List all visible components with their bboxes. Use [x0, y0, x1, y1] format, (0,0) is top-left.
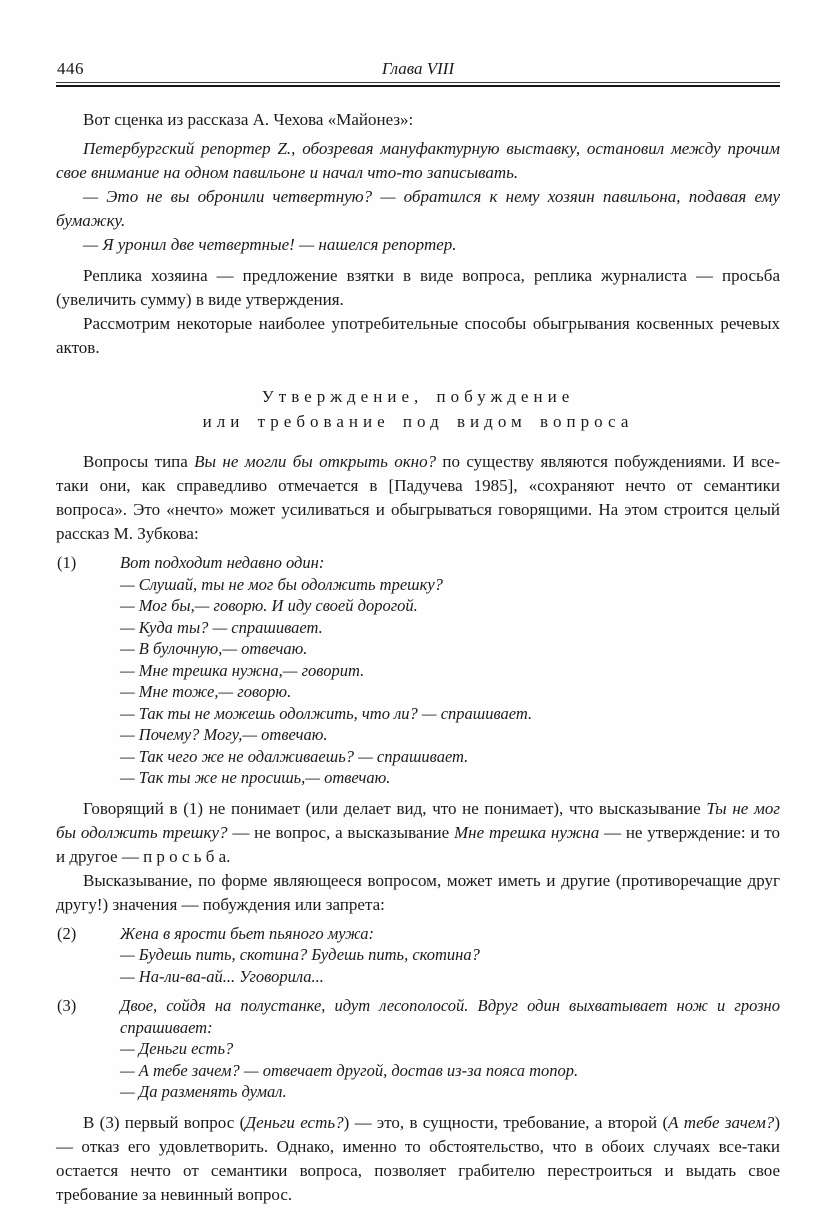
italic-text: Деньги есть? — [245, 1113, 343, 1132]
text-run: Вопросы типа — [83, 452, 194, 471]
italic-text: Мне трешка нужна — [454, 823, 599, 842]
example-line: — Будешь пить, скотина? Будешь пить, ско… — [120, 944, 780, 966]
italic-text: — Куда ты? — спрашивает. — [120, 618, 323, 637]
example-line: — На-ли-ва-ай... Уговорила... — [120, 966, 780, 988]
example-line: — В булочную,— отвечаю. — [120, 638, 780, 660]
italic-text: — Мог бы,— говорю. И иду своей дорогой. — [120, 596, 418, 615]
numbered-example: (2)Жена в ярости бьет пьяного мужа:— Буд… — [56, 923, 780, 988]
italic-text: Вы не могли бы открыть окно? — [194, 452, 436, 471]
text-run: Говорящий в (1) не понимает (или делает … — [83, 799, 706, 818]
italic-text: Двое, сойдя на полустанке, идут лесополо… — [120, 996, 780, 1037]
paragraph: Говорящий в (1) не понимает (или делает … — [56, 797, 780, 869]
italic-text: — Так чего же не одалживаешь? — спрашива… — [120, 747, 468, 766]
numbered-example: (1)Вот подходит недавно один:— Слушай, т… — [56, 552, 780, 789]
example-line: — Деньги есть? — [120, 1038, 780, 1060]
page-header: 446 Глава VIII — [56, 58, 780, 82]
paragraph: Реплика хозяина — предложение взятки в в… — [56, 264, 780, 312]
text-run: В (3) первый вопрос ( — [83, 1113, 245, 1132]
italic-text: — Мне тоже,— говорю. — [120, 682, 291, 701]
text-run: Высказывание, по форме являющееся вопрос… — [56, 871, 780, 914]
example-number: (2) — [57, 923, 76, 945]
quote-paragraph: Петербургский репортер Z., обозревая ман… — [56, 137, 780, 185]
italic-text: — На-ли-ва-ай... Уговорила... — [120, 967, 324, 986]
italic-text: А тебе зачем? — [668, 1113, 774, 1132]
example-line: — Мог бы,— говорю. И иду своей дорогой. — [120, 595, 780, 617]
italic-text: — Будешь пить, скотина? Будешь пить, ско… — [120, 945, 480, 964]
text-run: Реплика хозяина — предложение взятки в в… — [56, 266, 780, 309]
example-line: Двое, сойдя на полустанке, идут лесополо… — [120, 995, 780, 1038]
text-run: Вот сценка из рассказа А. Чехова «Майоне… — [83, 110, 413, 129]
section-heading: Утверждение, побуждениеили требование по… — [56, 384, 780, 434]
example-line: — А тебе зачем? — отвечает другой, доста… — [120, 1060, 780, 1082]
header-rule — [56, 82, 780, 87]
example-line: — Да разменять думал. — [120, 1081, 780, 1103]
quote-paragraph: — Это не вы обронили четвертную? — обрат… — [56, 185, 780, 233]
italic-text: — Это не вы обронили четвертную? — обрат… — [56, 187, 780, 230]
italic-text: — Слушай, ты не мог бы одолжить трешку? — [120, 575, 443, 594]
heading-line: или требование под видом вопроса — [56, 409, 780, 434]
italic-text: — Да разменять думал. — [120, 1082, 287, 1101]
paragraph: Рассмотрим некоторые наиболее употребите… — [56, 312, 780, 360]
example-line: — Почему? Могу,— отвечаю. — [120, 724, 780, 746]
example-line: — Мне трешка нужна,— говорит. — [120, 660, 780, 682]
paragraph: Вот сценка из рассказа А. Чехова «Майоне… — [56, 108, 780, 132]
numbered-example: (3)Двое, сойдя на полустанке, идут лесоп… — [56, 995, 780, 1103]
paragraph: В (3) первый вопрос (Деньги есть?) — это… — [56, 1111, 780, 1207]
italic-text: — Я уронил две четвертные! — нашелся реп… — [83, 235, 457, 254]
italic-text: — Деньги есть? — [120, 1039, 233, 1058]
italic-text: — Почему? Могу,— отвечаю. — [120, 725, 327, 744]
text-run: ) — это, в сущности, требование, а второ… — [344, 1113, 669, 1132]
example-number: (1) — [57, 552, 76, 574]
chapter-title: Глава VIII — [56, 58, 780, 80]
example-line: Жена в ярости бьет пьяного мужа: — [120, 923, 780, 945]
example-line: — Мне тоже,— говорю. — [120, 681, 780, 703]
italic-text: — Мне трешка нужна,— говорит. — [120, 661, 364, 680]
example-line: — Так ты не можешь одолжить, что ли? — с… — [120, 703, 780, 725]
example-line: Вот подходит недавно один: — [120, 552, 780, 574]
book-page: 446 Глава VIII Вот сценка из рассказа А.… — [0, 0, 834, 1230]
italic-text: Петербургский репортер Z., обозревая ман… — [56, 139, 780, 182]
italic-text: Жена в ярости бьет пьяного мужа: — [120, 924, 374, 943]
page-body: Вот сценка из рассказа А. Чехова «Майоне… — [56, 108, 780, 1207]
example-line: — Куда ты? — спрашивает. — [120, 617, 780, 639]
example-line: — Слушай, ты не мог бы одолжить трешку? — [120, 574, 780, 596]
italic-text: — В булочную,— отвечаю. — [120, 639, 307, 658]
example-line: — Так чего же не одалживаешь? — спрашива… — [120, 746, 780, 768]
heading-line: Утверждение, побуждение — [56, 384, 780, 409]
italic-text: Вот подходит недавно один: — [120, 553, 324, 572]
example-body: Жена в ярости бьет пьяного мужа:— Будешь… — [120, 923, 780, 988]
example-line: — Так ты же не просишь,— отвечаю. — [120, 767, 780, 789]
example-body: Вот подходит недавно один:— Слушай, ты н… — [120, 552, 780, 789]
text-run: Рассмотрим некоторые наиболее употребите… — [56, 314, 780, 357]
example-number: (3) — [57, 995, 76, 1017]
quote-paragraph: — Я уронил две четвертные! — нашелся реп… — [56, 233, 780, 257]
italic-text: — Так ты не можешь одолжить, что ли? — с… — [120, 704, 532, 723]
italic-text: — А тебе зачем? — отвечает другой, доста… — [120, 1061, 578, 1080]
paragraph: Высказывание, по форме являющееся вопрос… — [56, 869, 780, 917]
italic-text: — Так ты же не просишь,— отвечаю. — [120, 768, 390, 787]
text-run: — не вопрос, а высказывание — [228, 823, 454, 842]
paragraph: Вопросы типа Вы не могли бы открыть окно… — [56, 450, 780, 546]
example-body: Двое, сойдя на полустанке, идут лесополо… — [120, 995, 780, 1103]
